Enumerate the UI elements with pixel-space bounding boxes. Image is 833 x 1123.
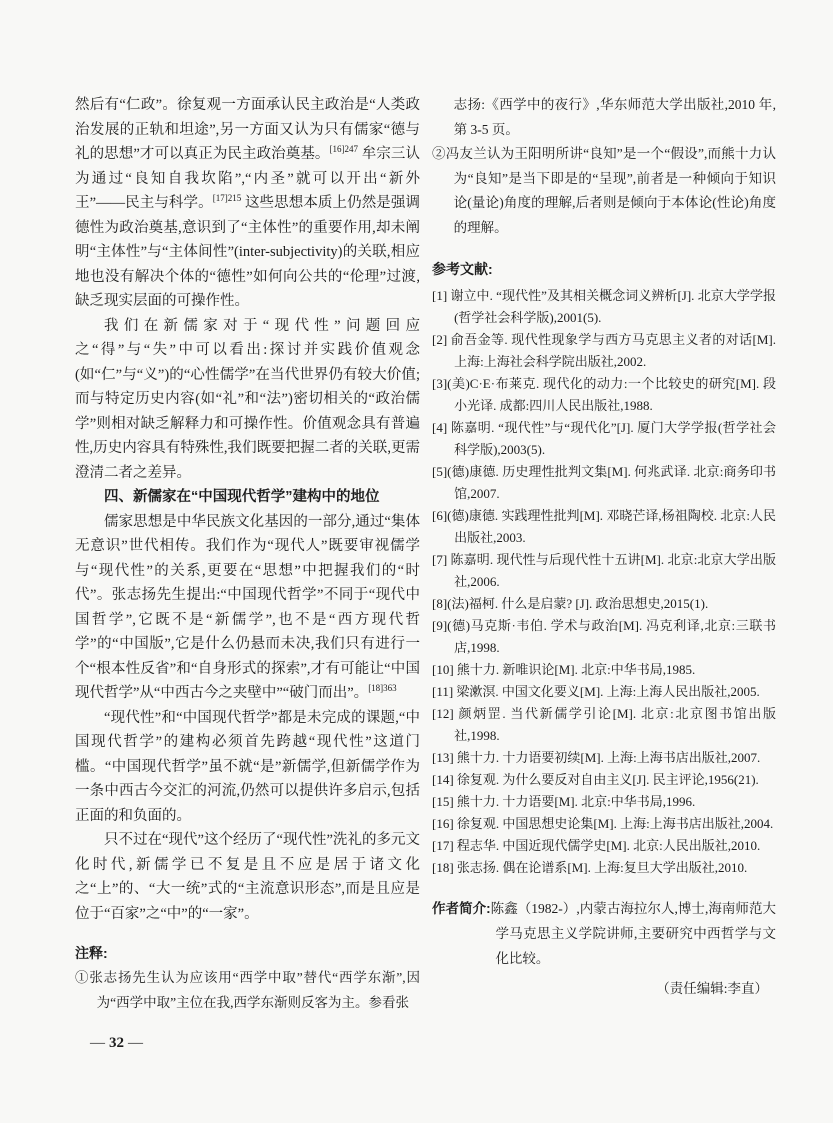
paragraph: 我们在新儒家对于“现代性”问题回应之“得”与“失”中可以看出:探讨并实践价值观念… [75,314,420,486]
paragraph: 只不过在“现代”这个经历了“现代性”洗礼的多元文化时代,新儒学已不复是且不应是居… [75,828,420,926]
reference-item: [6](德)康德. 实践理性批判[M]. 邓晓芒译,杨祖陶校. 北京:人民出版社… [432,505,776,549]
reference-item: [2] 俞吾金等. 现代性现象学与西方马克思主义者的对话[M]. 上海:上海社会… [432,329,776,373]
reference-item: [8](法)福柯. 什么是启蒙? [J]. 政治思想史,2015(1). [432,593,776,615]
reference-item: [16] 徐复观. 中国思想史论集[M]. 上海:上海书店出版社,2004. [432,813,776,835]
right-column: 志扬:《西学中的夜行》,华东师范大学出版社,2010 年,第 3-5 页。 ②冯… [432,93,776,1015]
section-heading: 四、新儒家在“中国现代哲学”建构中的地位 [75,485,420,510]
reference-item: [18] 张志扬. 偶在论谱系[M]. 上海:复旦大学出版社,2010. [432,857,776,879]
left-column: 然后有“仁政”。徐复观一方面承认民主政治是“人类政治发展的正轨和坦途”,另一方面… [75,93,420,1015]
page-number: 32 [109,1035,124,1051]
author-bio: 作者简介:陈鑫（1982-）,内蒙古海拉尔人,博士,海南师范大学马克思主义学院讲… [432,896,776,971]
reference-item: [4] 陈嘉明. “现代性”与“现代化”[J]. 厦门大学学报(哲学社会科学版)… [432,417,776,461]
reference-item: [10] 熊十力. 新唯识论[M]. 北京:中华书局,1985. [432,659,776,681]
two-column-layout: 然后有“仁政”。徐复观一方面承认民主政治是“人类政治发展的正轨和坦途”,另一方面… [75,93,776,1015]
text-run: 儒家思想是中华民族文化基因的一部分,通过“集体无意识”世代相传。我们作为“现代人… [75,514,420,702]
paragraph: 儒家思想是中华民族文化基因的一部分,通过“集体无意识”世代相传。我们作为“现代人… [75,510,420,706]
managing-editor-line: （责任编辑:李直） [432,976,776,1001]
text-run: 这些思想本质上仍然是强调德性为政治奠基,意识到了“主体性”的重要作用,却未阐明“… [75,195,420,309]
paragraph: “现代性”和“中国现代哲学”都是未完成的课题,“中国现代哲学”的建构必须首先跨越… [75,706,420,829]
reference-item: [14] 徐复观. 为什么要反对自由主义[J]. 民主评论,1956(21). [432,769,776,791]
footnote-2: ②冯友兰认为王阳明所讲“良知”是一个“假设”,而熊十力认为“良知”是当下即是的“… [432,142,776,240]
page-number-dash: — [128,1035,143,1051]
citation-superscript: [16]247 [330,144,359,154]
reference-item: [15] 熊十力. 十力语要[M]. 北京:中华书局,1996. [432,791,776,813]
footnote-1-continuation: 志扬:《西学中的夜行》,华东师范大学出版社,2010 年,第 3-5 页。 [432,93,776,142]
reference-item: [5](德)康德. 历史理性批判文集[M]. 何兆武译. 北京:商务印书馆,20… [432,461,776,505]
footnote-1: ①张志扬先生认为应该用“西学中取”替代“西学东渐”,因为“西学中取”主位在我,西… [75,966,420,1015]
reference-item: [9](德)马克斯·韦伯. 学术与政治[M]. 冯克利译,北京:三联书店,199… [432,615,776,659]
page-footer: —32— [90,1032,143,1054]
reference-item: [11] 梁漱溟. 中国文化要义[M]. 上海:上海人民出版社,2005. [432,681,776,703]
reference-item: [7] 陈嘉明. 现代性与后现代性十五讲[M]. 北京:北京大学出版社,2006… [432,549,776,593]
reference-item: [13] 熊十力. 十力语要初续[M]. 上海:上海书店出版社,2007. [432,747,776,769]
journal-page: 然后有“仁政”。徐复观一方面承认民主政治是“人类政治发展的正轨和坦途”,另一方面… [0,0,833,1123]
notes-heading: 注释: [75,942,420,964]
author-bio-label: 作者简介: [432,901,491,916]
author-bio-text: 陈鑫（1982-）,内蒙古海拉尔人,博士,海南师范大学马克思主义学院讲师,主要研… [491,901,776,966]
reference-item: [1] 谢立中. “现代性”及其相关概念词义辨析[J]. 北京大学学报(哲学社会… [432,285,776,329]
references-list: [1] 谢立中. “现代性”及其相关概念词义辨析[J]. 北京大学学报(哲学社会… [432,285,776,879]
citation-superscript: [18]363 [368,683,397,693]
citation-superscript: [17]215 [213,193,242,203]
references-heading: 参考文献: [432,258,776,280]
reference-item: [3](美)C·E·布莱克. 现代化的动力:一个比较史的研究[M]. 段小光译.… [432,373,776,417]
reference-item: [12] 颜炳罡. 当代新儒学引论[M]. 北京:北京图书馆出版社,1998. [432,703,776,747]
paragraph-continued: 然后有“仁政”。徐复观一方面承认民主政治是“人类政治发展的正轨和坦途”,另一方面… [75,93,420,314]
page-number-dash: — [90,1035,105,1051]
reference-item: [17] 程志华. 中国近现代儒学史[M]. 北京:人民出版社,2010. [432,835,776,857]
